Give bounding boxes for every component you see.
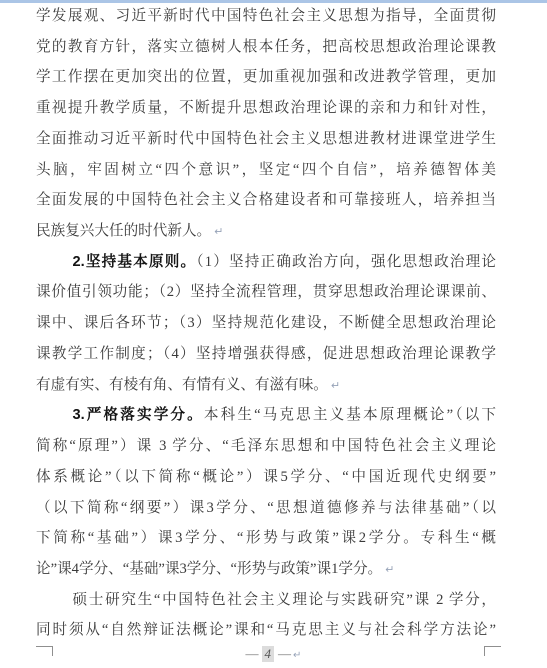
paragraph-mark-icon: ↵ — [214, 225, 223, 238]
text-line: 下简称“基础”）课3学分、“形势与政策”课2学分。专科生“概 — [36, 523, 496, 554]
paragraph-heading: 2.坚持基本原则。 — [73, 254, 197, 270]
paragraph-mark-icon: ↵ — [293, 650, 301, 661]
text-line: 全面推动习近平新时代中国特色社会主义思想进教材进课堂进学生 — [36, 124, 496, 155]
text-run: 有虚有实、有棱有角、有情有义、有滋有味。 — [36, 377, 328, 393]
text-line: 党的教育方针，落实立德树人根本任务，把高校思想政治理论课教 — [36, 32, 496, 63]
text-line: 3.严格落实学分。本科生“马克思主义基本原理概论”（以下 — [36, 400, 496, 431]
text-line: 硕士研究生“中国特色社会主义理论与实践研究”课 2 学分， — [36, 585, 496, 616]
text-line: 同时须从“自然辩证法概论”课和“马克思主义与社会科学方法论” — [36, 615, 496, 646]
paragraph-mark-icon: ↵ — [331, 379, 340, 392]
text-line: 学工作摆在更加突出的位置，更加重视加强和改进教学管理，更加 — [36, 62, 496, 93]
text-line: 论”课4学分、“基础”课3学分、“形势与政策”课1学分。↵ — [36, 554, 496, 585]
text-line: 学发展观、习近平新时代中国特色社会主义思想为指导，全面贯彻 — [36, 1, 496, 32]
text-line: 民族复兴大任的时代新人。↵ — [36, 216, 496, 247]
paragraph-mark-icon: ↵ — [385, 563, 394, 576]
document-page: 学发展观、习近平新时代中国特色社会主义思想为指导，全面贯彻 党的教育方针，落实立… — [0, 0, 547, 668]
paragraph-heading: 3.严格落实学分。 — [73, 407, 204, 423]
text-line: 简称“原理”）课 3 学分、“毛泽东思想和中国特色社会主义理论 — [36, 431, 496, 462]
page-number-dash: — — [278, 646, 290, 661]
text-run: 论”课4学分、“基础”课3学分、“形势与政策”课1学分。 — [36, 561, 382, 577]
text-line: 课教学工作制度；（4）坚持增强获得感，促进思想政治理论课教学 — [36, 339, 496, 370]
text-line: 课中、课后各环节；（3）坚持规范化建设，不断健全思想政治理论 — [36, 308, 496, 339]
text-line: 有虚有实、有棱有角、有情有义、有滋有味。↵ — [36, 370, 496, 401]
text-line: 全面发展的中国特色社会主义合格建设者和可靠接班人，培养担当 — [36, 185, 496, 216]
text-line: 课价值引领功能；（2）坚持全流程管理，贯穿思想政治理论课课前、 — [36, 277, 496, 308]
document-body: 学发展观、习近平新时代中国特色社会主义思想为指导，全面贯彻 党的教育方针，落实立… — [36, 1, 496, 646]
text-run: 民族复兴大任的时代新人。 — [36, 223, 211, 239]
text-run: （1）坚持正确政治方向，强化思想政治理论 — [196, 254, 496, 270]
page-number-dash: — — [246, 646, 258, 661]
text-line: 头脑，牢固树立“四个意识”，坚定“四个自信”，培养德智体美 — [36, 155, 496, 186]
page-number-field: 4 — [262, 646, 275, 662]
text-run: 本科生“马克思主义基本原理概论”（以下 — [204, 407, 496, 423]
text-line: 体系概论”（以下简称“概论”）课5学分、“中国近现代史纲要” — [36, 462, 496, 493]
page-number: —4—↵ — [0, 646, 547, 662]
text-line: 重视提升教学质量，不断提升思想政治理论课的亲和力和针对性， — [36, 93, 496, 124]
text-line: （以下简称“纲要”）课3学分、“思想道德修养与法律基础”（以 — [36, 493, 496, 524]
text-line: 2.坚持基本原则。（1）坚持正确政治方向，强化思想政治理论 — [36, 247, 496, 278]
